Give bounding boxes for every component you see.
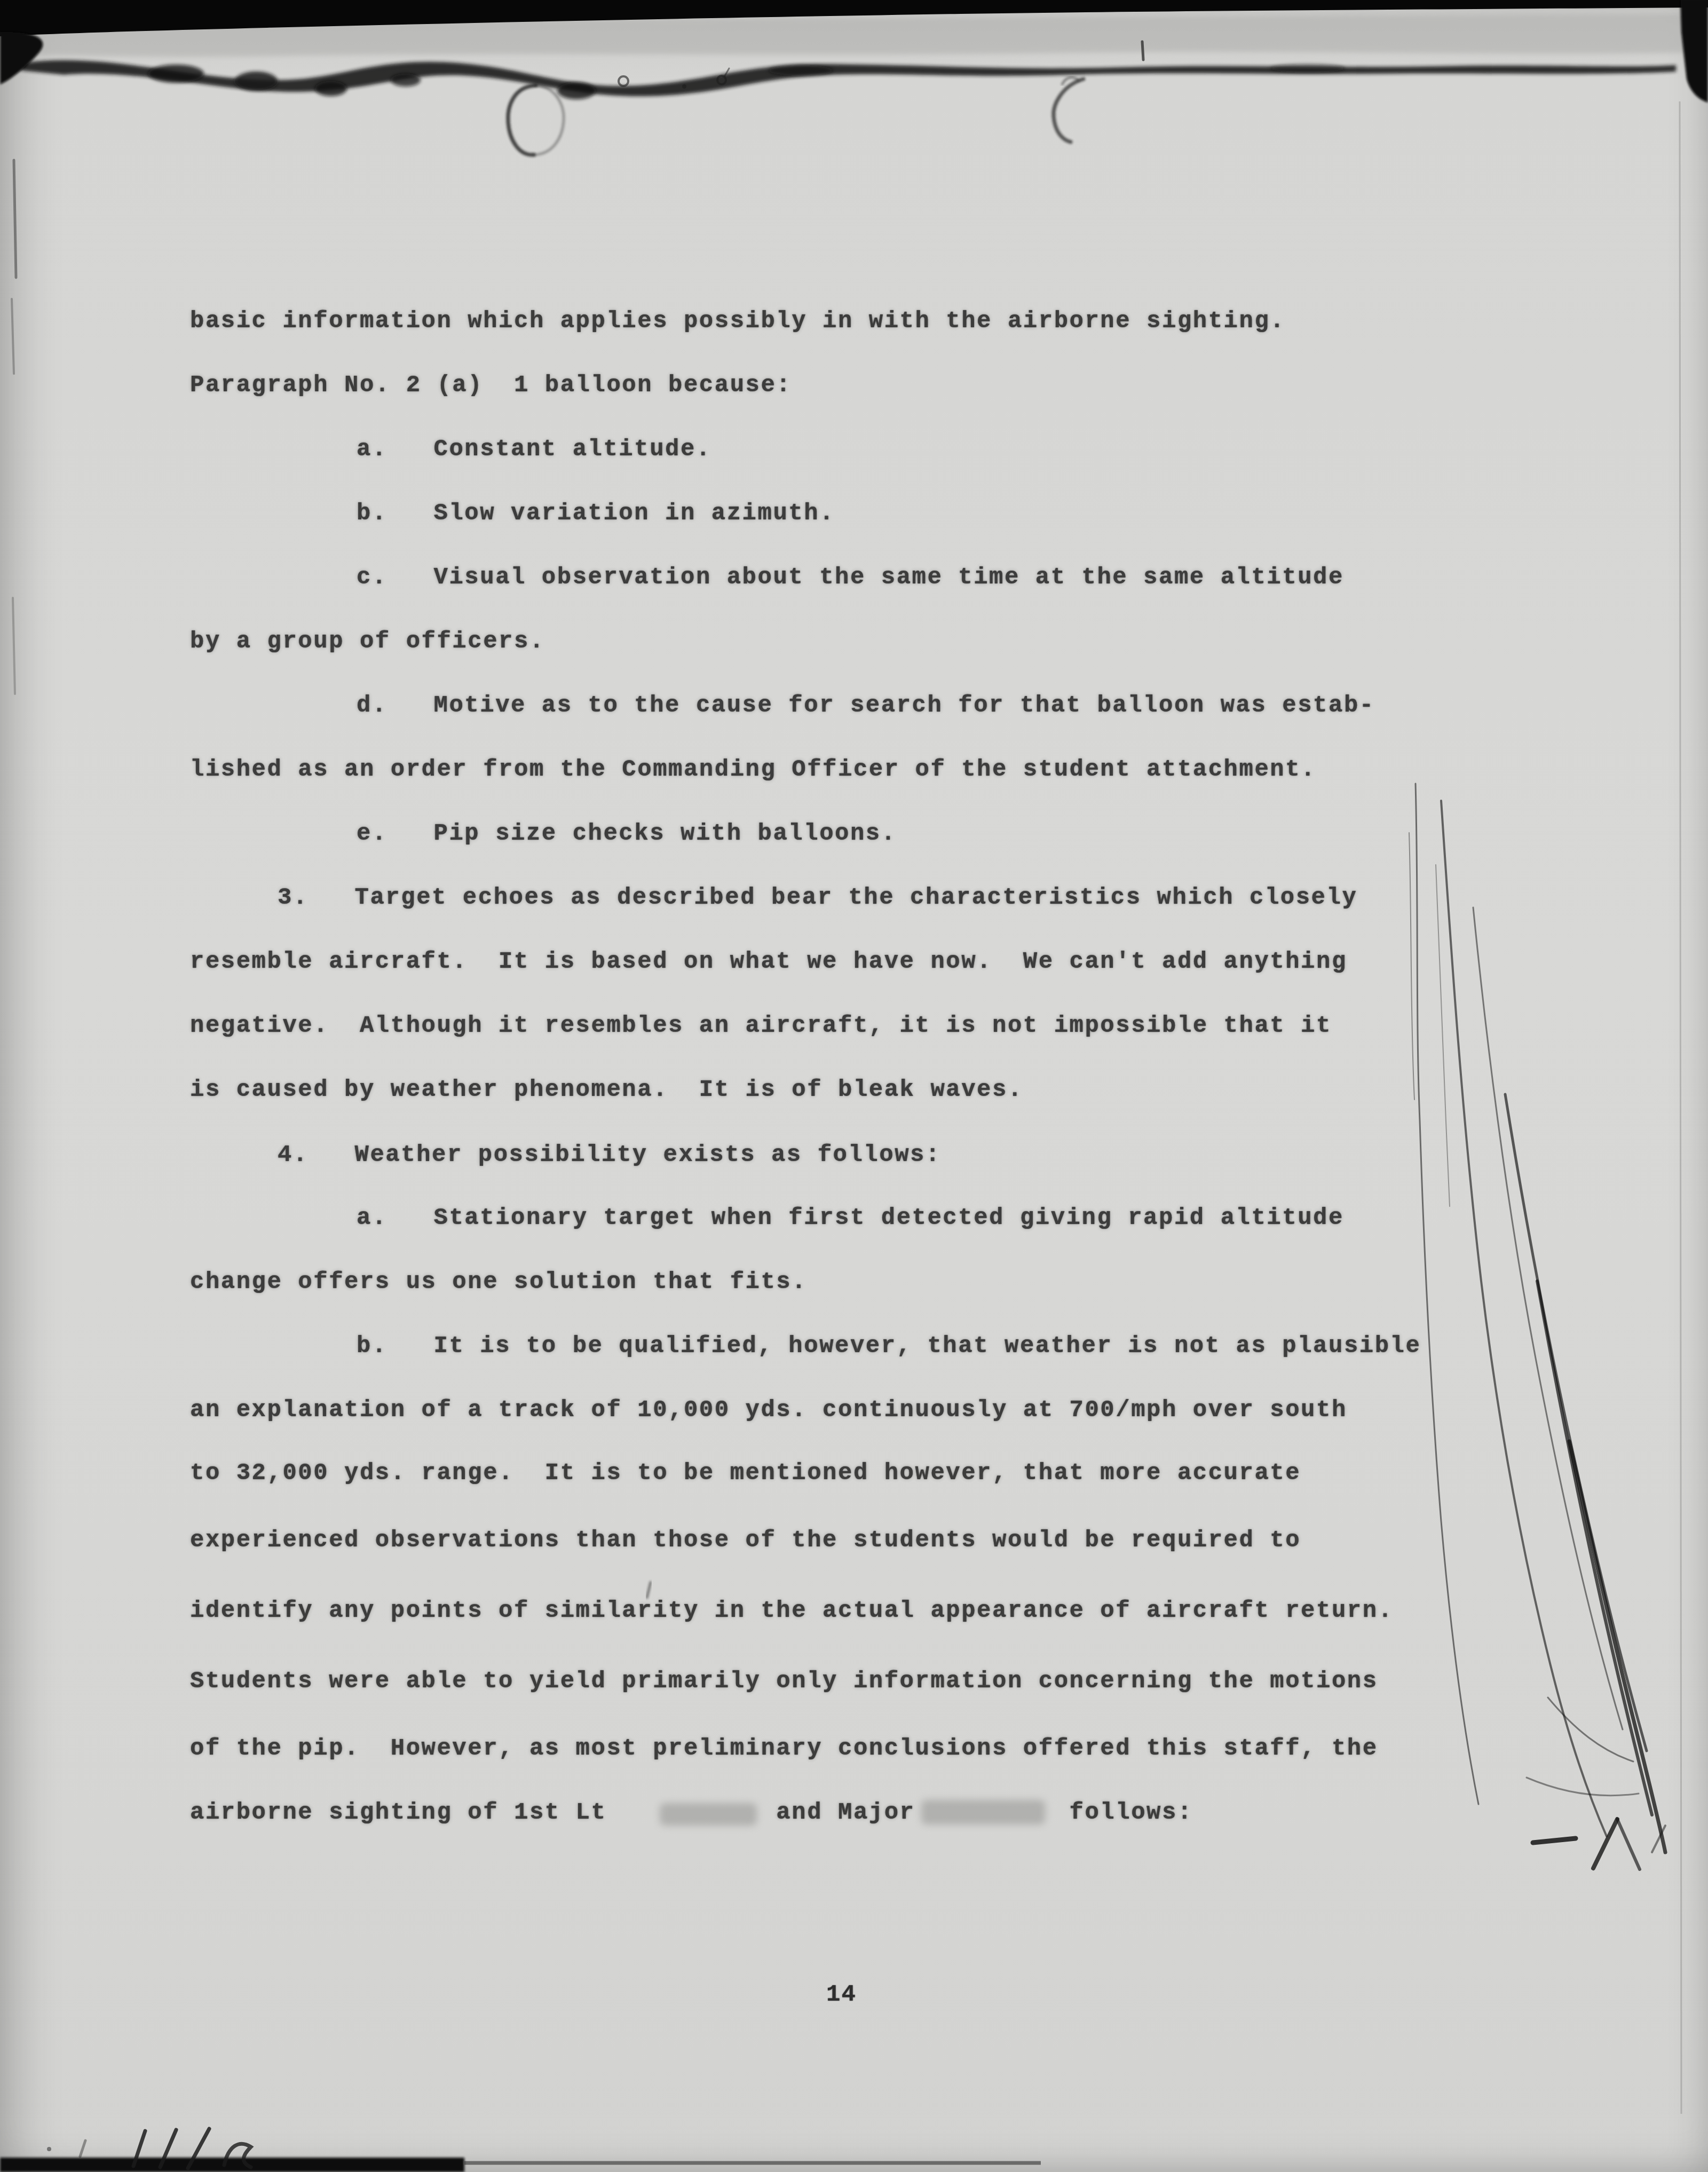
typewritten-line: d. Motive as to the cause for search for… <box>357 693 1375 718</box>
faded-name-smudge <box>921 1800 1045 1825</box>
page-number: 14 <box>826 1981 857 2008</box>
hair-scratch <box>1409 784 1665 1852</box>
typewritten-line: to 32,000 yds. range. It is to be mentio… <box>190 1460 1301 1486</box>
tape-band <box>0 14 1708 57</box>
page-edge-line <box>1680 101 1681 2114</box>
typewritten-line: by a group of officers. <box>190 629 545 654</box>
typewritten-line: b. Slow variation in azimuth. <box>357 501 835 526</box>
typewritten-line: of the pip. However, as most preliminary… <box>190 1736 1378 1762</box>
typewritten-line: resemble aircraft. It is based on what w… <box>190 949 1347 975</box>
top-right-black-edge <box>1680 0 1708 102</box>
toner-streak <box>21 60 1676 97</box>
scanned-document-page: basic information which applies possibly… <box>0 0 1708 2172</box>
top-left-black-corner <box>0 32 43 84</box>
handwritten-marks-bottom <box>47 2129 251 2168</box>
typewritten-line: change offers us one solution that fits. <box>190 1269 807 1295</box>
typewritten-line: a. Stationary target when first detected… <box>357 1205 1344 1231</box>
typewritten-line: 3. Target echoes as described bear the c… <box>278 885 1357 911</box>
pen-circle-left <box>508 85 564 155</box>
left-edge-marks <box>12 160 16 694</box>
pen-circle-right <box>1054 77 1084 142</box>
typewritten-line: is caused by weather phenomena. It is of… <box>190 1077 1023 1103</box>
faded-name-smudge <box>660 1803 757 1826</box>
typewritten-line: b. It is to be qualified, however, that … <box>357 1333 1421 1359</box>
top-black-edge <box>0 0 1708 36</box>
typewritten-line: lished as an order from the Commanding O… <box>190 757 1316 783</box>
typewritten-line: Students were able to yield primarily on… <box>190 1669 1378 1694</box>
bottom-black-edge <box>0 2158 464 2172</box>
top-specks <box>619 42 1143 89</box>
toner-blotches <box>148 64 1345 99</box>
typewritten-line: e. Pip size checks with balloons. <box>357 821 897 847</box>
typewritten-line: basic information which applies possibly… <box>190 309 1285 334</box>
typewritten-line: experienced observations than those of t… <box>190 1528 1301 1553</box>
typewritten-line: negative. Although it resembles an aircr… <box>190 1013 1332 1039</box>
insertion-caret-mark <box>647 1582 651 1598</box>
typewritten-line: Paragraph No. 2 (a) 1 balloon because: <box>190 373 792 398</box>
typewritten-line: identify any points of similarity in the… <box>190 1598 1394 1624</box>
typewritten-line: a. Constant altitude. <box>357 437 711 462</box>
typewritten-line: c. Visual observation about the same tim… <box>357 565 1344 590</box>
handwritten-dash-mark <box>1533 1819 1665 1869</box>
typewritten-line: 4. Weather possibility exists as follows… <box>278 1142 941 1168</box>
typewritten-line: an explanation of a track of 10,000 yds.… <box>190 1397 1347 1423</box>
